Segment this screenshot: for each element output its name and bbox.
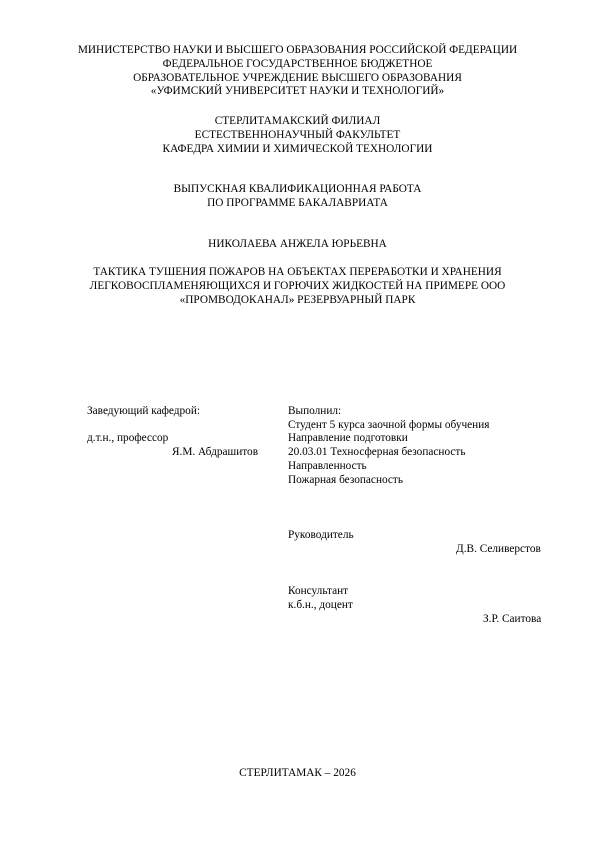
title-line: ЛЕГКОВОСПЛАМЕНЯЮЩИХСЯ И ГОРЮЧИХ ЖИДКОСТЕ… xyxy=(0,280,595,294)
head-of-department-label: Заведующий кафедрой: xyxy=(87,405,200,419)
document-page: МИНИСТЕРСТВО НАУКИ И ВЫСШЕГО ОБРАЗОВАНИЯ… xyxy=(0,0,595,841)
branch-header: СТЕРЛИТАМАКСКИЙ ФИЛИАЛ ЕСТЕСТВЕННОНАУЧНЫ… xyxy=(0,115,595,156)
header-line: МИНИСТЕРСТВО НАУКИ И ВЫСШЕГО ОБРАЗОВАНИЯ… xyxy=(0,44,595,58)
ministry-header: МИНИСТЕРСТВО НАУКИ И ВЫСШЕГО ОБРАЗОВАНИЯ… xyxy=(0,44,595,99)
header-line: ОБРАЗОВАТЕЛЬНОЕ УЧРЕЖДЕНИЕ ВЫСШЕГО ОБРАЗ… xyxy=(0,72,595,86)
supervisor-label: Руководитель xyxy=(288,529,354,543)
thesis-title: ТАКТИКА ТУШЕНИЯ ПОЖАРОВ НА ОБЪЕКТАХ ПЕРЕ… xyxy=(0,266,595,307)
performer-line: 20.03.01 Техносферная безопасность xyxy=(288,446,466,460)
supervisor-name: Д.В. Селиверстов xyxy=(456,543,541,557)
header-line: «УФИМСКИЙ УНИВЕРСИТЕТ НАУКИ И ТЕХНОЛОГИЙ… xyxy=(0,85,595,99)
branch-line: ЕСТЕСТВЕННОНАУЧНЫЙ ФАКУЛЬТЕТ xyxy=(0,129,595,143)
city-year: СТЕРЛИТАМАК – 2026 xyxy=(0,767,595,781)
title-line: ТАКТИКА ТУШЕНИЯ ПОЖАРОВ НА ОБЪЕКТАХ ПЕРЕ… xyxy=(0,266,595,280)
title-line: «ПРОМВОДОКАНАЛ» РЕЗЕРВУАРНЫЙ ПАРК xyxy=(0,294,595,308)
branch-line: СТЕРЛИТАМАКСКИЙ ФИЛИАЛ xyxy=(0,115,595,129)
work-type-line: ПО ПРОГРАММЕ БАКАЛАВРИАТА xyxy=(0,197,595,211)
performer-line: Направление подготовки xyxy=(288,432,408,446)
performer-label: Выполнил: xyxy=(288,405,341,419)
consultant-label: Консультант xyxy=(288,585,348,599)
branch-line: КАФЕДРА ХИМИИ И ХИМИЧЕСКОЙ ТЕХНОЛОГИИ xyxy=(0,143,595,157)
author-line: НИКОЛАЕВА АНЖЕЛА ЮРЬЕВНА xyxy=(0,238,595,252)
work-type: ВЫПУСКНАЯ КВАЛИФИКАЦИОННАЯ РАБОТА ПО ПРО… xyxy=(0,183,595,211)
performer-line: Студент 5 курса заочной формы обучения xyxy=(288,419,489,433)
head-of-department-name: Я.М. Абдрашитов xyxy=(172,446,258,460)
author-name: НИКОЛАЕВА АНЖЕЛА ЮРЬЕВНА xyxy=(0,238,595,252)
consultant-name: З.Р. Саитова xyxy=(483,613,541,627)
head-of-department-degree: д.т.н., профессор xyxy=(87,432,168,446)
performer-line: Направленность xyxy=(288,460,367,474)
work-type-line: ВЫПУСКНАЯ КВАЛИФИКАЦИОННАЯ РАБОТА xyxy=(0,183,595,197)
header-line: ФЕДЕРАЛЬНОЕ ГОСУДАРСТВЕННОЕ БЮДЖЕТНОЕ xyxy=(0,58,595,72)
consultant-degree: к.б.н., доцент xyxy=(288,599,353,613)
performer-line: Пожарная безопасность xyxy=(288,474,403,488)
